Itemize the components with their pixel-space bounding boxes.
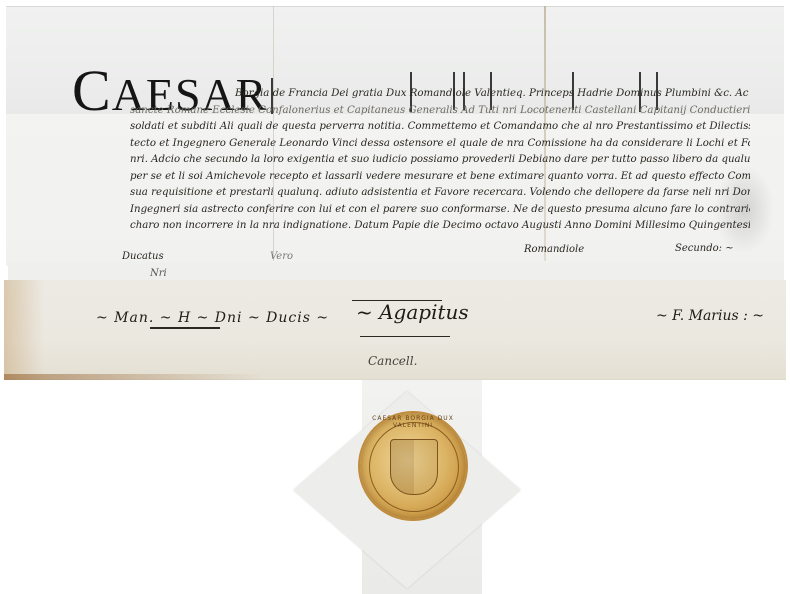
stain	[4, 374, 264, 380]
signature-left: ~ Man. ~ H ~ Dni ~ Ducis ~	[96, 310, 329, 326]
wax-seal: CAESAR BORGIA DUX VALENTINI	[360, 413, 466, 519]
subscription-romandiole: Romandiole	[524, 244, 584, 255]
body-line: Borgia de Francia Dei gratia Dux Romandi…	[130, 86, 750, 103]
seal-legend: CAESAR BORGIA DUX VALENTINI	[360, 415, 466, 429]
body-line: tecto et Ingegnero Generale Leonardo Vin…	[130, 136, 750, 153]
body-line: soldati et subditi Ali quali de questa p…	[130, 119, 750, 136]
subscription-secundo: Secundo: ~	[675, 243, 734, 254]
stain	[4, 280, 44, 380]
body-line: nri. Adcio che secundo la loro exigentia…	[130, 152, 750, 169]
body-line: charo non incorrere in la nra indignatio…	[130, 218, 750, 235]
body-line: Ingegneri sia astrecto conferire con lui…	[130, 202, 750, 219]
body-line: sancte Romane Ecclesie Confalonerius et …	[130, 103, 750, 120]
body-line: sua requisitione et prestarli qualunq. a…	[130, 185, 750, 202]
subscription-ducatus: Ducatus	[122, 251, 164, 262]
signature-flourish	[360, 336, 450, 337]
subscription-nri: Nri	[150, 268, 167, 279]
document-fold-band	[8, 262, 784, 282]
signature-marius: ~ F. Marius : ~	[656, 308, 764, 324]
body-line: per se et li soi Amichevole recepto et l…	[130, 169, 750, 186]
signature-flourish	[352, 300, 442, 301]
subscription-vero: Vero	[270, 251, 293, 262]
signature-agapitus: ~ Agapitus	[356, 300, 469, 324]
coat-of-arms-icon	[390, 439, 438, 495]
signature-cancellarius: Cancell.	[368, 354, 417, 368]
historical-document: CAESAR Borgia de Francia Dei gratia Dux …	[0, 0, 790, 594]
signature-flourish	[150, 327, 220, 329]
document-body: Borgia de Francia Dei gratia Dux Romandi…	[130, 86, 750, 235]
heading-initial: C	[72, 58, 112, 123]
